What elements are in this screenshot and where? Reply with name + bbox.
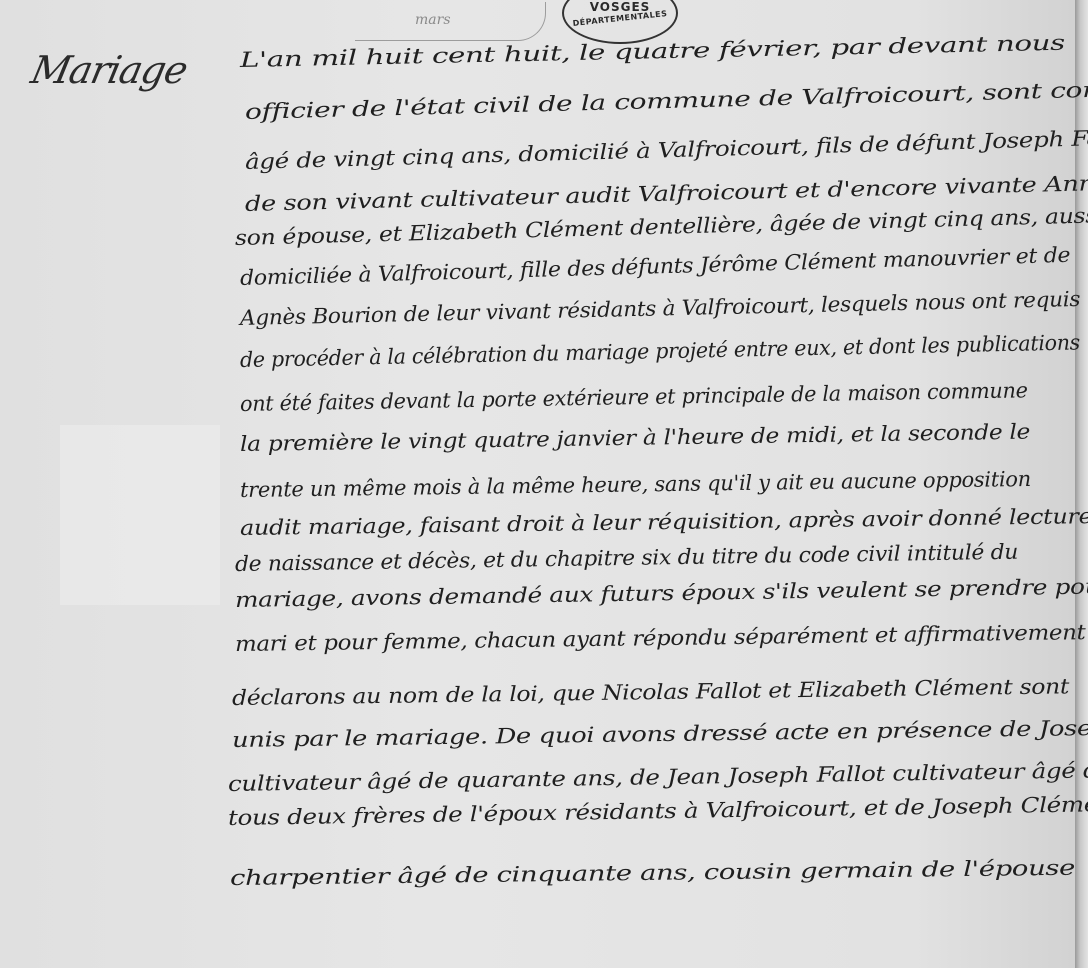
paper-stain — [60, 425, 220, 605]
pencil-annotation: mars — [355, 2, 546, 41]
pencil-annotation-text: mars — [415, 12, 451, 28]
margin-title: Mariage — [27, 48, 191, 92]
